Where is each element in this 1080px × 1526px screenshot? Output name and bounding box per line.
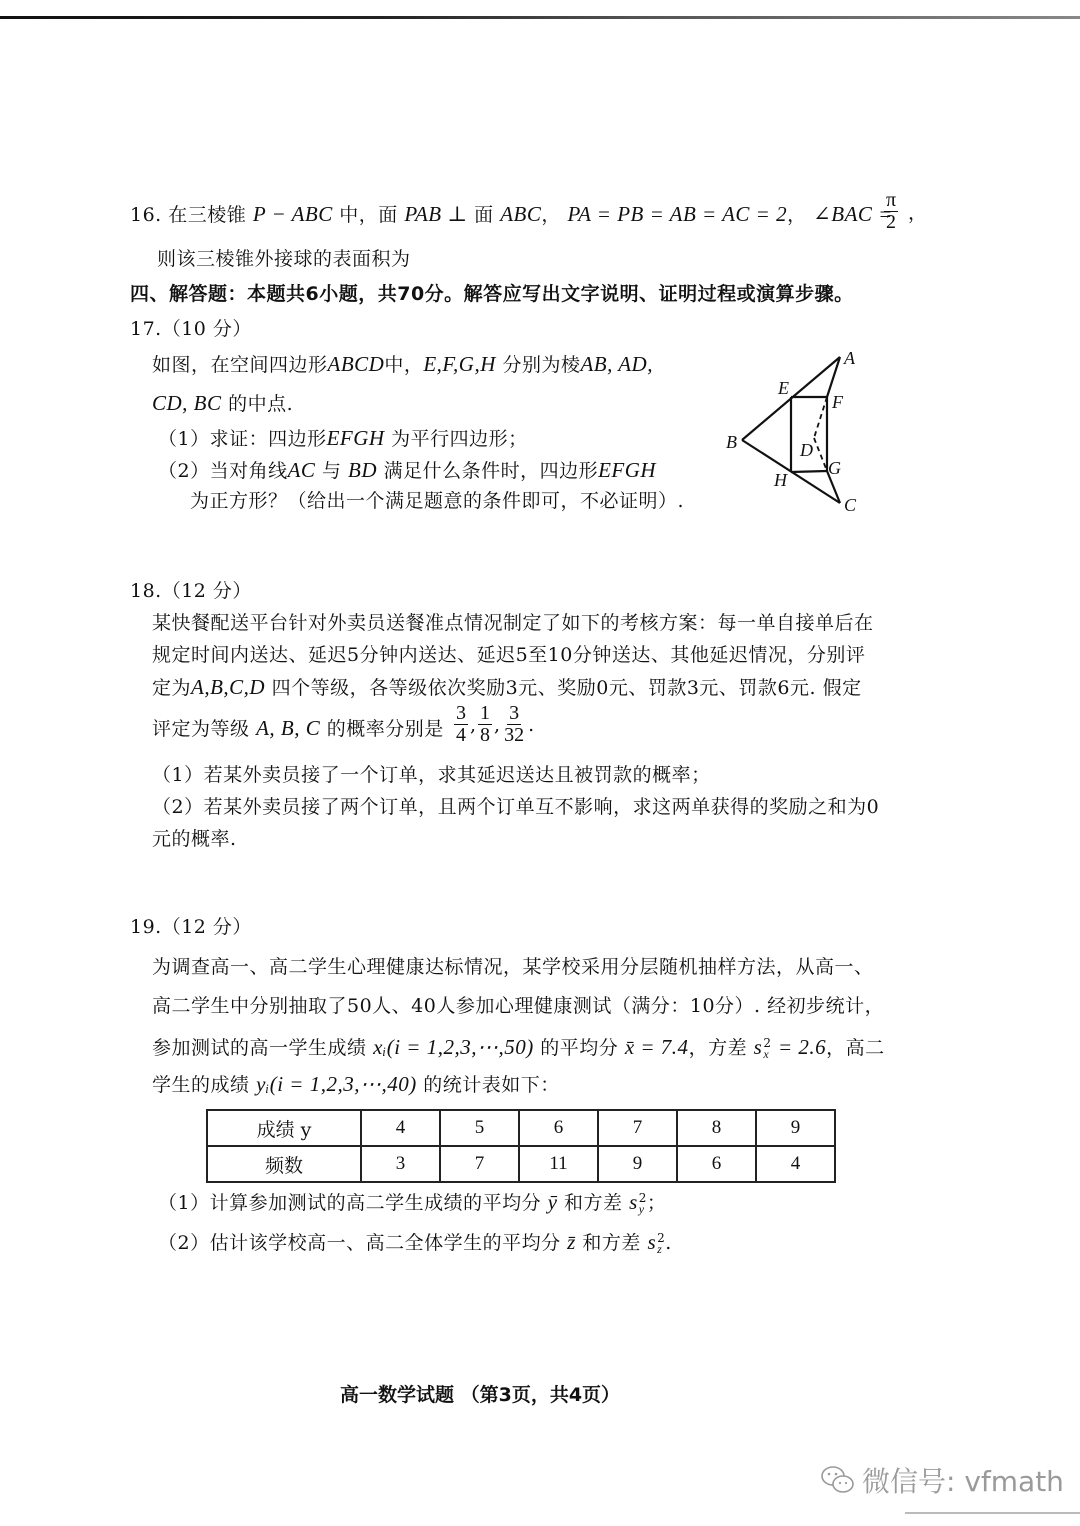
q19-text: 和方差 bbox=[564, 1192, 623, 1214]
vertex-label-h: H bbox=[774, 470, 787, 491]
q17-math: BD bbox=[348, 458, 377, 482]
q18-part1: （1）若某外卖员接了一个订单，求其延迟送达且被罚款的概率； bbox=[152, 766, 711, 785]
q19-header: 19.（12 分） bbox=[130, 918, 252, 937]
table-cell: 6 bbox=[519, 1110, 598, 1146]
q17-text: （2）当对角线 bbox=[158, 460, 288, 482]
q17-text: 中， bbox=[384, 354, 423, 376]
table-cell: 4 bbox=[756, 1146, 835, 1182]
q19-text: 的统计表如下： bbox=[423, 1074, 560, 1096]
q18-header: 18.（12 分） bbox=[130, 582, 252, 601]
q19-text: ，高二 bbox=[826, 1037, 885, 1059]
q16-text: 中，面 bbox=[339, 204, 398, 226]
q17-text: 如图，在空间四边形 bbox=[152, 354, 328, 376]
fraction-numerator: 3 bbox=[454, 703, 468, 725]
q18-text: 定为 bbox=[152, 677, 191, 699]
q17-text: （1）求证：四边形 bbox=[158, 428, 327, 450]
watermark-text: 微信号: vfmath bbox=[862, 1460, 1064, 1500]
q18-probability-fractions: 3 4 , 1 8 , 3 32 . bbox=[452, 703, 534, 746]
q17-math: AC bbox=[288, 458, 316, 482]
table-cell: 5 bbox=[440, 1110, 519, 1146]
q16-math: ABC bbox=[500, 202, 541, 226]
vertex-label-d: D bbox=[800, 440, 813, 461]
q19-text: （1）计算参加测试的高二学生成绩的平均分 bbox=[158, 1192, 541, 1214]
q17-math: EFGH bbox=[327, 426, 385, 450]
q17-text: 满足什么条件时，四边形 bbox=[384, 460, 599, 482]
fraction-numerator: 3 bbox=[507, 703, 521, 725]
table-cell: 7 bbox=[440, 1146, 519, 1182]
q16-math: ∠BAC = bbox=[813, 202, 893, 226]
fraction-denominator: 2 bbox=[884, 212, 898, 233]
q19-line4: 学生的成绩 yᵢ(i = 1,2,3,⋯,40) 的统计表如下： bbox=[152, 1074, 560, 1095]
q19-math: s bbox=[754, 1035, 763, 1059]
table-cell: 9 bbox=[598, 1146, 677, 1182]
q18-text: 评定为等级 bbox=[152, 718, 250, 740]
tetrahedron-figure: A E F B D G H C bbox=[720, 340, 880, 520]
q18-line4: 评定为等级 A, B, C 的概率分别是 bbox=[152, 718, 444, 739]
section-heading: 四、解答题：本题共6小题，共70分。解答应写出文字说明、证明过程或演算步骤。 bbox=[130, 285, 854, 304]
q19-sy-scripts: 2y bbox=[639, 1193, 647, 1215]
subscript: x bbox=[763, 1049, 771, 1060]
fraction-denominator: 8 bbox=[478, 725, 492, 746]
q16-text: ， bbox=[541, 204, 561, 226]
q16-math: PA = PB = AB = AC = 2 bbox=[567, 202, 787, 226]
q17-math: E,F,G,H bbox=[423, 352, 496, 376]
q17-part2: （2）当对角线AC 与 BD 满足什么条件时，四边形EFGH bbox=[158, 460, 656, 481]
vertex-label-a: A bbox=[844, 348, 855, 369]
q19-part1: （1）计算参加测试的高二学生成绩的平均分 ȳ 和方差 s2y； bbox=[158, 1192, 666, 1215]
q19-text: 参加测试的高一学生成绩 bbox=[152, 1037, 367, 1059]
table-cell: 7 bbox=[598, 1110, 677, 1146]
q19-text: ，方差 bbox=[689, 1037, 748, 1059]
score-frequency-table: 成绩 y 4 5 6 7 8 9 频数 3 7 11 9 6 4 bbox=[206, 1109, 836, 1183]
table-cell: 11 bbox=[519, 1146, 598, 1182]
q17-header: 17.（10 分） bbox=[130, 320, 252, 339]
q19-sx-scripts: 2x bbox=[763, 1038, 771, 1060]
q17-text: 分别为棱 bbox=[502, 354, 580, 376]
fraction-denominator: 32 bbox=[502, 725, 526, 746]
subscript: y bbox=[639, 1204, 647, 1215]
q18-line3: 定为A,B,C,D 四个等级，各等级依次奖励3元、奖励0元、罚款3元、罚款6元.… bbox=[152, 677, 862, 698]
q19-math: xᵢ(i = 1,2,3,⋯,50) bbox=[373, 1035, 534, 1059]
q19-text: 和方差 bbox=[582, 1232, 641, 1254]
q19-part2: （2）估计该学校高一、高二全体学生的平均分 z̄ 和方差 s2z. bbox=[158, 1232, 672, 1255]
q17-line2: CD, BC 的中点. bbox=[152, 393, 293, 414]
table-row-scores: 成绩 y 4 5 6 7 8 9 bbox=[207, 1110, 835, 1146]
q19-text: . bbox=[665, 1232, 672, 1254]
q17-text: 与 bbox=[322, 460, 342, 482]
q16-number: 16. bbox=[130, 204, 162, 226]
q19-math: = 2.6 bbox=[778, 1035, 826, 1059]
q16-text: 在三棱锥 bbox=[168, 204, 246, 226]
q18-part2-line2: 元的概率. bbox=[152, 830, 237, 849]
bottom-rule bbox=[905, 1512, 1080, 1514]
q19-text: （2）估计该学校高一、高二全体学生的平均分 bbox=[158, 1232, 561, 1254]
q17-text: 为平行四边形； bbox=[391, 428, 528, 450]
q19-math: s bbox=[629, 1190, 638, 1214]
q16-comma: ， bbox=[908, 204, 928, 223]
q18-line2: 规定时间内送达、延迟5分钟内送达、延迟5至10分钟送达、其他延迟情况，分别评 bbox=[152, 646, 865, 665]
vertex-label-c: C bbox=[844, 495, 856, 516]
table-cell: 4 bbox=[361, 1110, 440, 1146]
vertex-label-g: G bbox=[828, 458, 841, 479]
q19-math: z̄ bbox=[567, 1230, 576, 1254]
q16-math: PAB ⊥ bbox=[404, 202, 467, 226]
q19-math: ȳ bbox=[548, 1190, 558, 1214]
q19-math: x̄ = 7.4 bbox=[625, 1035, 689, 1059]
q16-text: ， bbox=[787, 204, 807, 226]
q19-text: ； bbox=[647, 1192, 667, 1214]
q18-math: A, B, C bbox=[256, 716, 320, 740]
q19-text: 的平均分 bbox=[540, 1037, 618, 1059]
table-cell: 8 bbox=[677, 1110, 756, 1146]
q19-text: 学生的成绩 bbox=[152, 1074, 250, 1096]
q17-math: CD, BC bbox=[152, 391, 222, 415]
wechat-watermark: 微信号: vfmath bbox=[820, 1460, 1064, 1500]
q17-math: EFGH bbox=[598, 458, 656, 482]
fraction-numerator: π bbox=[884, 190, 898, 212]
q17-line1: 如图，在空间四边形ABCD中，E,F,G,H 分别为棱AB, AD, bbox=[152, 354, 653, 375]
fraction-denominator: 4 bbox=[454, 725, 468, 746]
q19-line3: 参加测试的高一学生成绩 xᵢ(i = 1,2,3,⋯,50) 的平均分 x̄ =… bbox=[152, 1037, 885, 1060]
table-header-score: 成绩 y bbox=[207, 1110, 361, 1146]
wechat-icon bbox=[820, 1464, 856, 1496]
table-header-frequency: 频数 bbox=[207, 1146, 361, 1182]
q16-line1: 16. 在三棱锥 P − ABC 中，面 PAB ⊥ 面 ABC， PA = P… bbox=[130, 204, 893, 225]
tetrahedron-diagram bbox=[720, 340, 880, 520]
vertex-label-b: B bbox=[726, 432, 737, 453]
q17-text: 的中点. bbox=[228, 393, 293, 415]
fraction-1-8: 1 8 bbox=[478, 703, 492, 746]
q18-line1: 某快餐配送平台针对外卖员送餐准点情况制定了如下的考核方案：每一单自接单后在 bbox=[152, 614, 874, 633]
fraction-3-4: 3 4 bbox=[454, 703, 468, 746]
q17-part1: （1）求证：四边形EFGH 为平行四边形； bbox=[158, 428, 528, 449]
q17-math: AB, AD, bbox=[580, 352, 653, 376]
q17-part2-line2: 为正方形？（给出一个满足题意的条件即可，不必证明）. bbox=[190, 492, 684, 511]
table-cell: 6 bbox=[677, 1146, 756, 1182]
q18-text: 四个等级，各等级依次奖励3元、奖励0元、罚款3元、罚款6元. 假定 bbox=[272, 677, 862, 699]
table-cell: 9 bbox=[756, 1110, 835, 1146]
fraction-numerator: 1 bbox=[478, 703, 492, 725]
q18-text: 的概率分别是 bbox=[327, 718, 444, 740]
q16-math: P − ABC bbox=[253, 202, 333, 226]
q17-math: ABCD bbox=[328, 352, 385, 376]
q19-math: yᵢ(i = 1,2,3,⋯,40) bbox=[256, 1072, 417, 1096]
q19-math: s bbox=[647, 1230, 656, 1254]
vertex-label-f: F bbox=[832, 392, 843, 413]
q16-fraction-pi-over-2: π 2 bbox=[884, 190, 898, 233]
q16-line2: 则该三棱锥外接球的表面积为 bbox=[157, 250, 411, 269]
q19-line2: 高二学生中分别抽取了50人、40人参加心理健康测试（满分：10分）. 经初步统计… bbox=[152, 997, 884, 1016]
page-footer: 高一数学试题 （第3页，共4页） bbox=[340, 1380, 620, 1407]
q18-math: A,B,C,D bbox=[191, 675, 265, 699]
fraction-3-32: 3 32 bbox=[502, 703, 526, 746]
vertex-label-e: E bbox=[778, 378, 789, 399]
q16-text: 面 bbox=[474, 204, 494, 226]
top-border-rule bbox=[0, 16, 1080, 19]
table-cell: 3 bbox=[361, 1146, 440, 1182]
q19-line1: 为调查高一、高二学生心理健康达标情况，某学校采用分层随机抽样方法，从高一、 bbox=[152, 958, 874, 977]
q18-part2: （2）若某外卖员接了两个订单，且两个订单互不影响，求这两单获得的奖励之和为0 bbox=[152, 798, 879, 817]
table-row-frequencies: 频数 3 7 11 9 6 4 bbox=[207, 1146, 835, 1182]
